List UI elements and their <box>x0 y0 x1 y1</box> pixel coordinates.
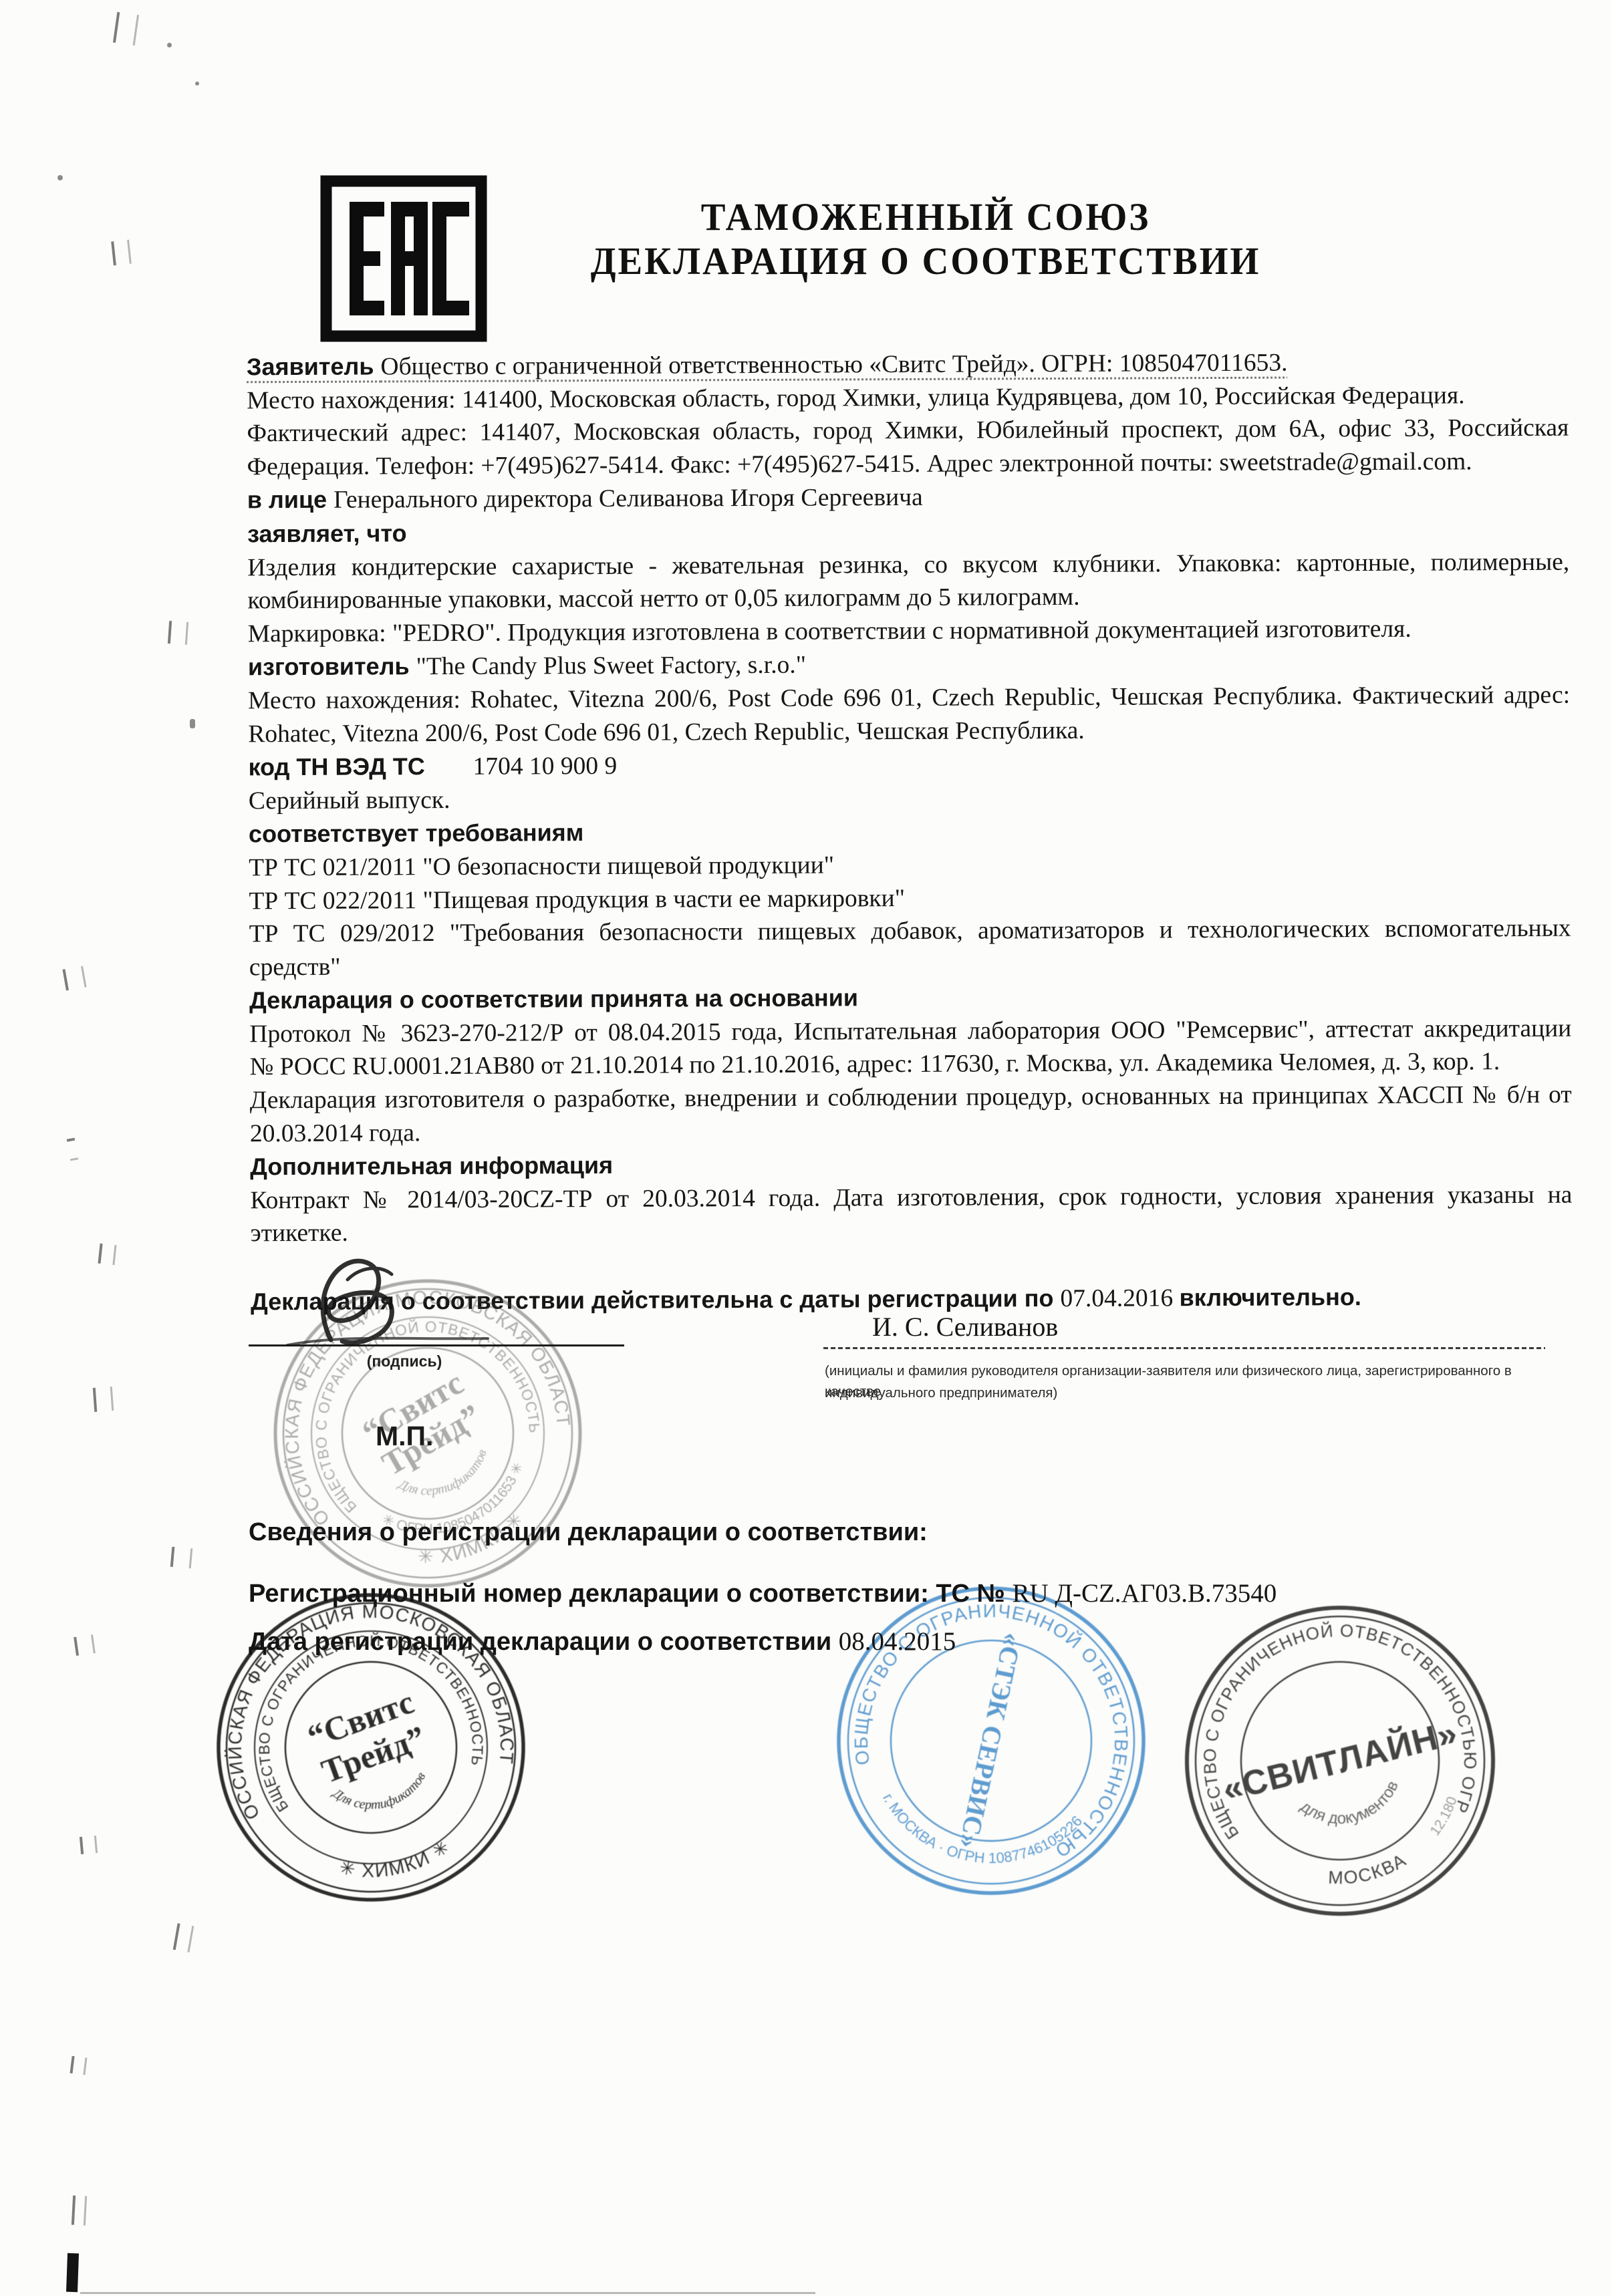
body-text: средств" <box>249 953 341 981</box>
stek-service-stamp: ОБЩЕСТВО С ОГРАНИЧЕННОЙ ОТВЕТСТВЕННОСТЬЮ… <box>813 1562 1170 1920</box>
text-line: комбинированные упаковки, массой нетто о… <box>247 579 1569 617</box>
text-line: Место нахождения: 141400, Московская обл… <box>247 378 1569 417</box>
registration-number-value: RU Д-CZ.АГ03.В.73540 <box>1012 1579 1277 1608</box>
text-line: в лице Генерального директора Селиванова… <box>247 478 1569 517</box>
text-line: заявляет, что <box>247 512 1569 551</box>
text-line: ТР ТС 029/2012 "Требования безопасности … <box>249 912 1571 951</box>
scan-artifact <box>57 175 63 180</box>
registration-number-line: Регистрационный номер декларации о соотв… <box>249 1578 1277 1608</box>
scan-artifact <box>70 2056 88 2075</box>
scan-artifact <box>74 1634 96 1656</box>
scan-artifact <box>168 621 188 645</box>
body-text: Генерального директора Селиванова Игоря … <box>333 484 923 514</box>
bold-label: Декларация о соответствии принята на осн… <box>249 984 858 1014</box>
bold-label: код ТН ВЭД ТС <box>248 750 473 784</box>
document-text: Заявитель Общество с ограниченной ответс… <box>247 345 1573 1319</box>
scan-artifact <box>111 240 132 266</box>
text-line: изготовитель "The Candy Plus Sweet Facto… <box>248 645 1570 684</box>
body-text: "The Candy Plus Sweet Factory, s.r.o." <box>416 652 807 681</box>
body-text: 20.03.2014 года. <box>250 1119 421 1147</box>
text-line: Дополнительная информация <box>250 1145 1572 1184</box>
body-text: 07.04.2016 <box>1060 1284 1179 1312</box>
text-line: Изделия кондитерские сахаристые - жевате… <box>247 545 1569 584</box>
scan-artifact <box>167 43 172 47</box>
body-text: ТР ТС 021/2011 "О безопасности пищевой п… <box>249 851 834 881</box>
signatory-name: И. С. Селиванов <box>872 1311 1058 1342</box>
scan-artifact <box>62 966 86 991</box>
sweets-trade-stamp: РОССИЙСКАЯ ФЕДЕРАЦИЯ МОСКОВСКАЯ ОБЛАСТЬ … <box>180 1557 561 1937</box>
registration-date-value: 08.04.2015 <box>839 1627 956 1656</box>
sweetline-stamp: ОБЩЕСТВО С ОГРАНИЧЕННОЙ ОТВЕТСТВЕННОСТЬЮ… <box>1146 1566 1534 1955</box>
svg-text:«СВИТЛАЙН»: «СВИТЛАЙН» <box>1218 1713 1461 1809</box>
scan-artifact <box>72 2195 87 2225</box>
handwritten-signature <box>267 1240 548 1373</box>
scan-artifact <box>173 1923 194 1953</box>
signature-caption-line2: индивидуального предпринимателя) <box>825 1383 1553 1403</box>
eac-letters <box>350 202 469 315</box>
body-text: Rohatec, Vitezna 200/6, Post Code 696 01… <box>248 716 1085 747</box>
body-text: Декларация изготовителя о разработке, вн… <box>250 1081 1572 1115</box>
scan-artifact <box>98 1244 117 1265</box>
page-title-line1: ТАМОЖЕННЫЙ СОЮЗ <box>588 194 1263 241</box>
scan-artifact <box>67 1138 79 1161</box>
registration-number-label: Регистрационный номер декларации о соотв… <box>249 1580 1012 1608</box>
registration-heading: Сведения о регистрации декларации о соот… <box>249 1518 928 1547</box>
bold-label: изготовитель <box>248 653 416 681</box>
body-text: Фактический адрес: 141407, Московская об… <box>247 414 1569 448</box>
text-line: Заявитель Общество с ограниченной ответс… <box>247 345 1569 384</box>
body-text: Серийный выпуск. <box>249 786 450 815</box>
title-block: ТАМОЖЕННЫЙ СОЮЗ ДЕКЛАРАЦИЯ О СООТВЕТСТВИ… <box>588 195 1263 283</box>
svg-text:«СТЭК СЕРВИС»: «СТЭК СЕРВИС» <box>953 1630 1028 1852</box>
body-text: Общество с ограниченной ответственностью… <box>380 349 1287 381</box>
body-text: Маркировка: "PEDRO". Продукция изготовле… <box>248 615 1412 648</box>
text-line: № РОСС RU.0001.21АВ80 от 21.10.2014 по 2… <box>249 1045 1571 1084</box>
scan-artifact <box>113 12 139 45</box>
text-line: Rohatec, Vitezna 200/6, Post Code 696 01… <box>248 712 1570 750</box>
body-text: Место нахождения: Rohatec, Vitezna 200/6… <box>248 682 1570 715</box>
name-line <box>823 1347 1545 1349</box>
scan-artifact <box>93 1387 114 1412</box>
scan-artifact <box>170 1547 192 1569</box>
text-line: Фактический адрес: 141407, Московская об… <box>247 412 1569 450</box>
scan-artifact <box>80 1836 98 1854</box>
bold-label: Заявитель <box>247 352 381 380</box>
text-line: Место нахождения: Rohatec, Vitezna 200/6… <box>248 679 1570 718</box>
scan-artifact <box>195 82 199 86</box>
scanned-declaration-page: ТАМОЖЕННЫЙ СОЮЗ ДЕКЛАРАЦИЯ О СООТВЕТСТВИ… <box>0 0 1610 2296</box>
eac-logo <box>320 175 487 342</box>
body-text: Изделия кондитерские сахаристые - жевате… <box>247 548 1569 581</box>
text-line: соответствует требованиям <box>249 812 1571 851</box>
bold-label: включительно. <box>1180 1283 1361 1311</box>
text-line: средств" <box>249 945 1571 984</box>
scan-artifact <box>66 2253 79 2293</box>
text-line: код ТН ВЭД ТС1704 10 900 9 <box>248 745 1570 784</box>
body-text: комбинированные упаковки, массой нетто о… <box>247 583 1079 614</box>
body-text: Протокол № 3623-270-212/Р от 08.04.2015 … <box>249 1015 1571 1048</box>
page-title-line2: ДЕКЛАРАЦИЯ О СООТВЕТСТВИИ <box>588 238 1263 285</box>
body-text: 1704 10 900 9 <box>473 752 617 780</box>
body-text: Федерация. Телефон: +7(495)627-5414. Фак… <box>247 448 1472 480</box>
text-line: Маркировка: "PEDRO". Продукция изготовле… <box>248 611 1570 650</box>
body-text: № РОСС RU.0001.21АВ80 от 21.10.2014 по 2… <box>249 1048 1500 1081</box>
scan-edge-shadow <box>80 2292 815 2294</box>
text-line: ТР ТС 022/2011 "Пищевая продукция в част… <box>249 879 1571 917</box>
registration-date-line: Дата регистрации декларации о соответств… <box>249 1626 956 1657</box>
registration-date-label: Дата регистрации декларации о соответств… <box>249 1628 839 1656</box>
scan-artifact <box>190 719 195 728</box>
body-text: ТР ТС 022/2011 "Пищевая продукция в част… <box>249 885 905 915</box>
bold-label: в лице <box>247 486 333 514</box>
text-line: 20.03.2014 года. <box>250 1111 1572 1150</box>
text-line: Протокол № 3623-270-212/Р от 08.04.2015 … <box>249 1012 1571 1051</box>
body-text: ТР ТС 029/2012 "Требования безопасности … <box>249 915 1571 948</box>
bold-label: Дополнительная информация <box>250 1151 613 1180</box>
text-line: Контракт № 2014/03-20CZ-ТР от 20.03.2014… <box>250 1179 1572 1217</box>
mp-seal-label: М.П. <box>376 1421 433 1452</box>
bold-label: соответствует требованиям <box>249 819 583 847</box>
text-line: Декларация изготовителя о разработке, вн… <box>250 1079 1572 1117</box>
bold-label: заявляет, что <box>247 519 407 547</box>
body-text: Контракт № 2014/03-20CZ-ТР от 20.03.2014… <box>250 1181 1572 1215</box>
body-text: Место нахождения: 141400, Московская обл… <box>247 382 1465 414</box>
text-line: Декларация о соответствии принята на осн… <box>249 978 1571 1018</box>
text-line: Федерация. Телефон: +7(495)627-5414. Фак… <box>247 444 1569 483</box>
text-line: Серийный выпуск. <box>249 778 1571 817</box>
text-line: ТР ТС 021/2011 "О безопасности пищевой п… <box>249 846 1571 885</box>
